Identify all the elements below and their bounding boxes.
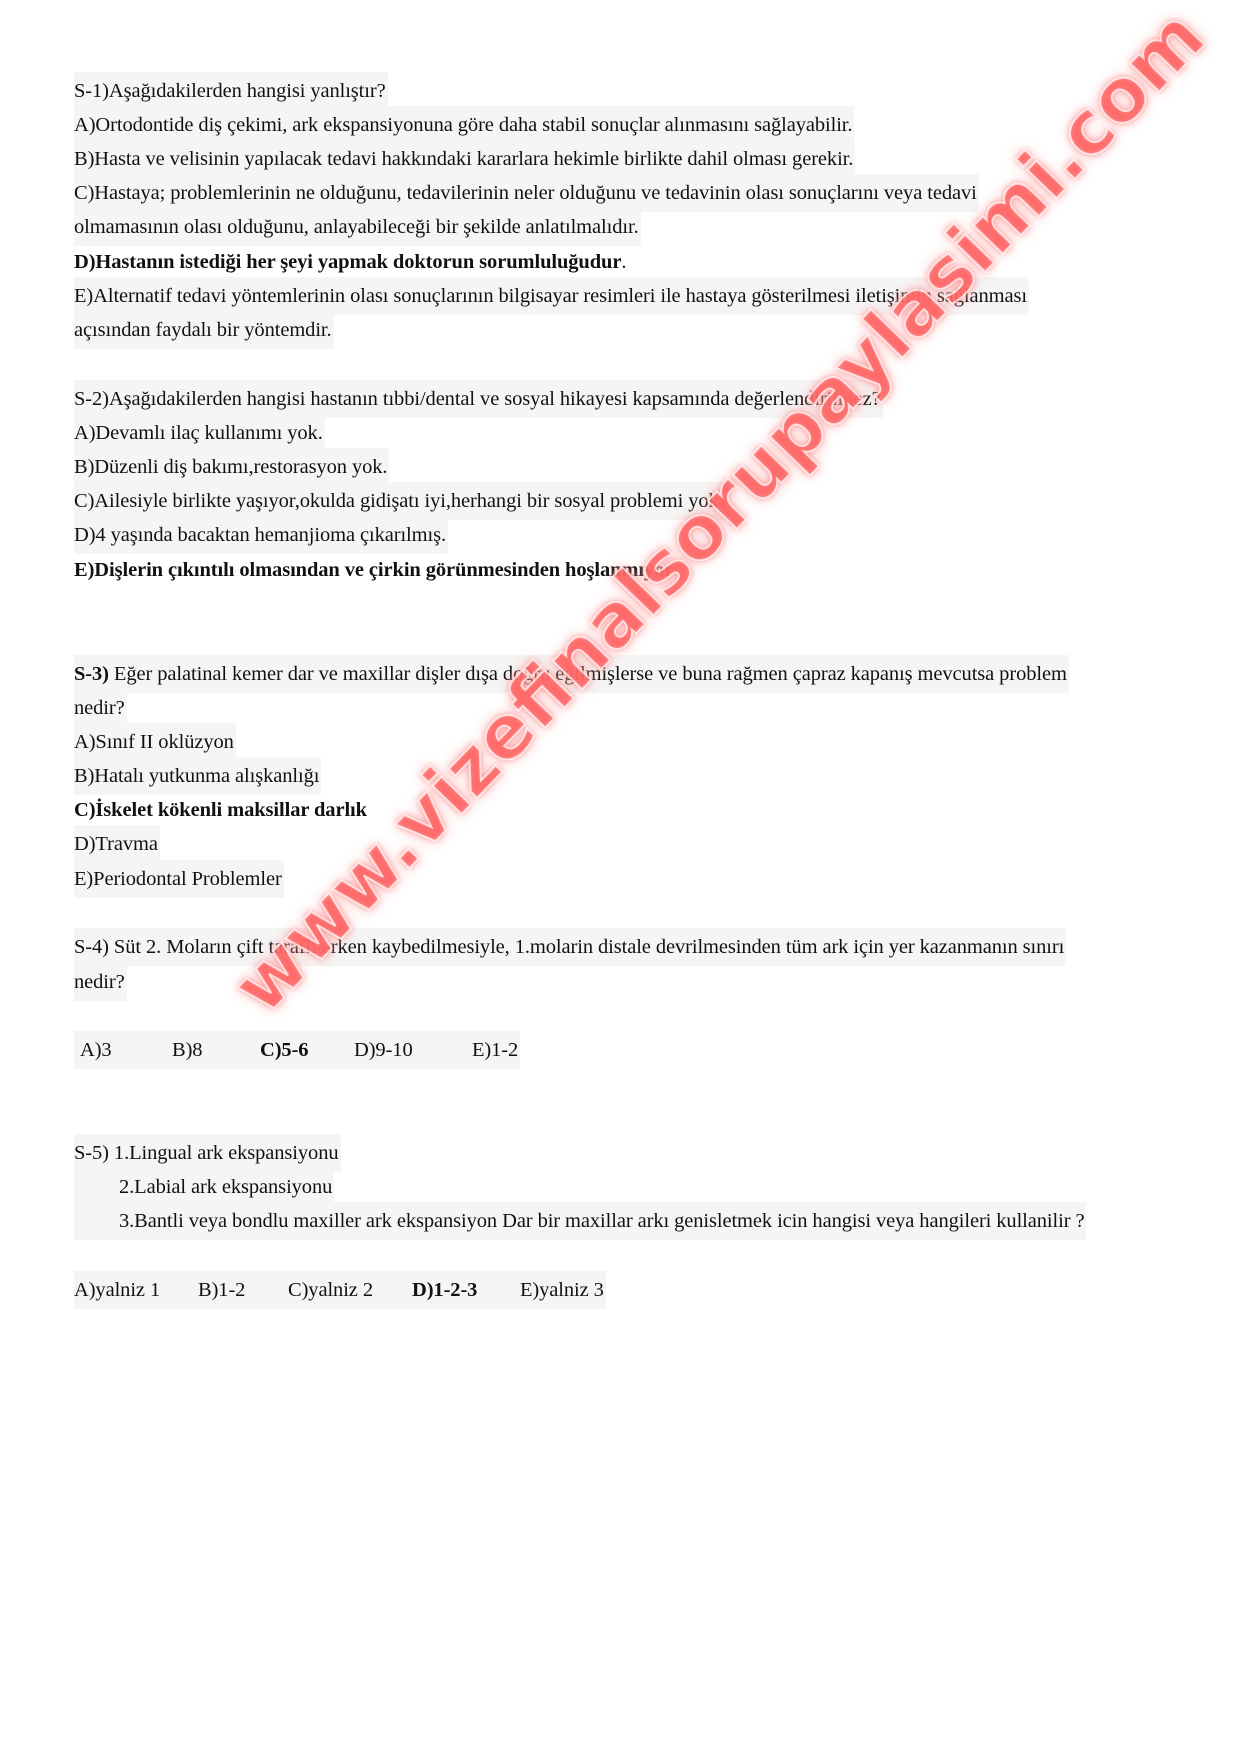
question-stem-continued: nedir? [74,689,127,727]
question-5-options: A)yalniz 1B)1-2C)yalniz 2D)1-2-3E)yalniz… [74,1271,606,1309]
option-text: C)Ailesiyle birlikte yaşıyor,okulda gidi… [74,482,726,520]
option-d: D)9-10 [354,1031,472,1069]
option-a: A)yalniz 1 [74,1271,198,1309]
question-label: S-3) [74,663,109,685]
correct-option-text: E)Dişlerin çıkıntılı olmasından ve çirki… [74,559,673,581]
question-2-option-b: B)Düzenli diş bakımı,restorasyon yok. [74,448,389,486]
option-c: C)yalniz 2 [288,1271,412,1309]
option-b: B)1-2 [198,1271,288,1309]
question-1-stem: S-1)Aşağıdakilerden hangisi yanlıştır? [74,72,388,110]
correct-option-text: C)İskelet kökenli maksillar darlık [74,799,367,821]
question-1-option-d-correct: D)Hastanın istediği her şeyi yapmak dokt… [74,243,626,281]
question-4-options: A)3B)8C)5-6D)9-10E)1-2 [74,1031,520,1069]
question-4-stem-cont: nedir? [74,963,127,1001]
question-2-option-c: C)Ailesiyle birlikte yaşıyor,okulda gidi… [74,482,726,520]
question-3-option-e: E)Periodontal Problemler [74,860,284,898]
question-3-stem-cont: nedir? [74,689,127,727]
option-text: B)Hasta ve velisinin yapılacak tedavi ha… [74,140,855,178]
correct-option-text: D)Hastanın istediği her şeyi yapmak dokt… [74,251,621,273]
question-4-stem: S-4) Süt 2. Moların çift taraflı erken k… [74,928,1066,966]
question-stem: S-4) Süt 2. Moların çift taraflı erken k… [74,928,1066,966]
option-text: B)Hatalı yutkunma alışkanlığı [74,757,321,795]
option-a: A)3 [80,1031,172,1069]
document-page: S-1)Aşağıdakilerden hangisi yanlıştır? A… [0,0,1240,1754]
option-text: B)Düzenli diş bakımı,restorasyon yok. [74,448,389,486]
question-stem: S-1)Aşağıdakilerden hangisi yanlıştır? [74,72,388,110]
correct-option-c: C)5-6 [260,1031,354,1069]
option-b: B)8 [172,1031,260,1069]
option-text: A)Sınıf II oklüzyon [74,723,236,761]
question-1-option-b: B)Hasta ve velisinin yapılacak tedavi ha… [74,140,855,178]
question-2-option-d: D)4 yaşında bacaktan hemanjioma çıkarılm… [74,516,448,554]
question-stem: S-5) 1.Lingual ark ekspansiyonu [74,1134,341,1172]
option-text: D)4 yaşında bacaktan hemanjioma çıkarılm… [74,516,448,554]
question-2-option-a: A)Devamlı ilaç kullanımı yok. [74,414,325,452]
question-3-option-a: A)Sınıf II oklüzyon [74,723,236,761]
question-1-option-e: E)Alternatif tedavi yöntemlerinin olası … [74,277,1029,315]
question-1-option-a: A)Ortodontide diş çekimi, ark ekspansiyo… [74,106,854,144]
question-3-option-c-correct: C)İskelet kökenli maksillar darlık [74,791,367,829]
option-text: E)Alternatif tedavi yöntemlerinin olası … [74,277,1029,315]
question-5-stem: S-5) 1.Lingual ark ekspansiyonu [74,1134,341,1172]
question-1-option-c: C)Hastaya; problemlerinin ne olduğunu, t… [74,174,979,212]
option-text: A)Devamlı ilaç kullanımı yok. [74,414,325,452]
question-5-item-3: 3.Bantli veya bondlu maxiller ark ekspan… [74,1202,1086,1240]
question-3-option-d: D)Travma [74,825,160,863]
question-2-stem: S-2)Aşağıdakilerden hangisi hastanın tıb… [74,380,883,418]
option-text-continued: açısından faydalı bir yöntemdir. [74,311,334,349]
question-1-option-c-cont: olmamasının olası olduğunu, anlayabilece… [74,208,641,246]
question-3-option-b: B)Hatalı yutkunma alışkanlığı [74,757,321,795]
question-2-option-e-correct: E)Dişlerin çıkıntılı olmasından ve çirki… [74,551,673,589]
option-text: D)Travma [74,825,160,863]
option-e: E)yalniz 3 [520,1271,604,1309]
question-stem-continued: nedir? [74,963,127,1001]
question-item: 3.Bantli veya bondlu maxiller ark ekspan… [74,1202,1086,1240]
question-1-option-e-cont: açısından faydalı bir yöntemdir. [74,311,334,349]
option-text: E)Periodontal Problemler [74,860,284,898]
question-stem: S-2)Aşağıdakilerden hangisi hastanın tıb… [74,380,883,418]
option-text: C)Hastaya; problemlerinin ne olduğunu, t… [74,174,979,212]
option-e: E)1-2 [472,1031,518,1069]
correct-option-d: D)1-2-3 [412,1271,520,1309]
option-text: A)Ortodontide diş çekimi, ark ekspansiyo… [74,106,854,144]
question-stem: Eğer palatinal kemer dar ve maxillar diş… [109,663,1067,685]
question-item: 2.Labial ark ekspansiyonu [74,1168,334,1206]
question-5-item-2: 2.Labial ark ekspansiyonu [74,1168,334,1206]
option-suffix: . [621,251,626,273]
option-text-continued: olmamasının olası olduğunu, anlayabilece… [74,208,641,246]
question-3-stem: S-3) Eğer palatinal kemer dar ve maxilla… [74,655,1069,693]
